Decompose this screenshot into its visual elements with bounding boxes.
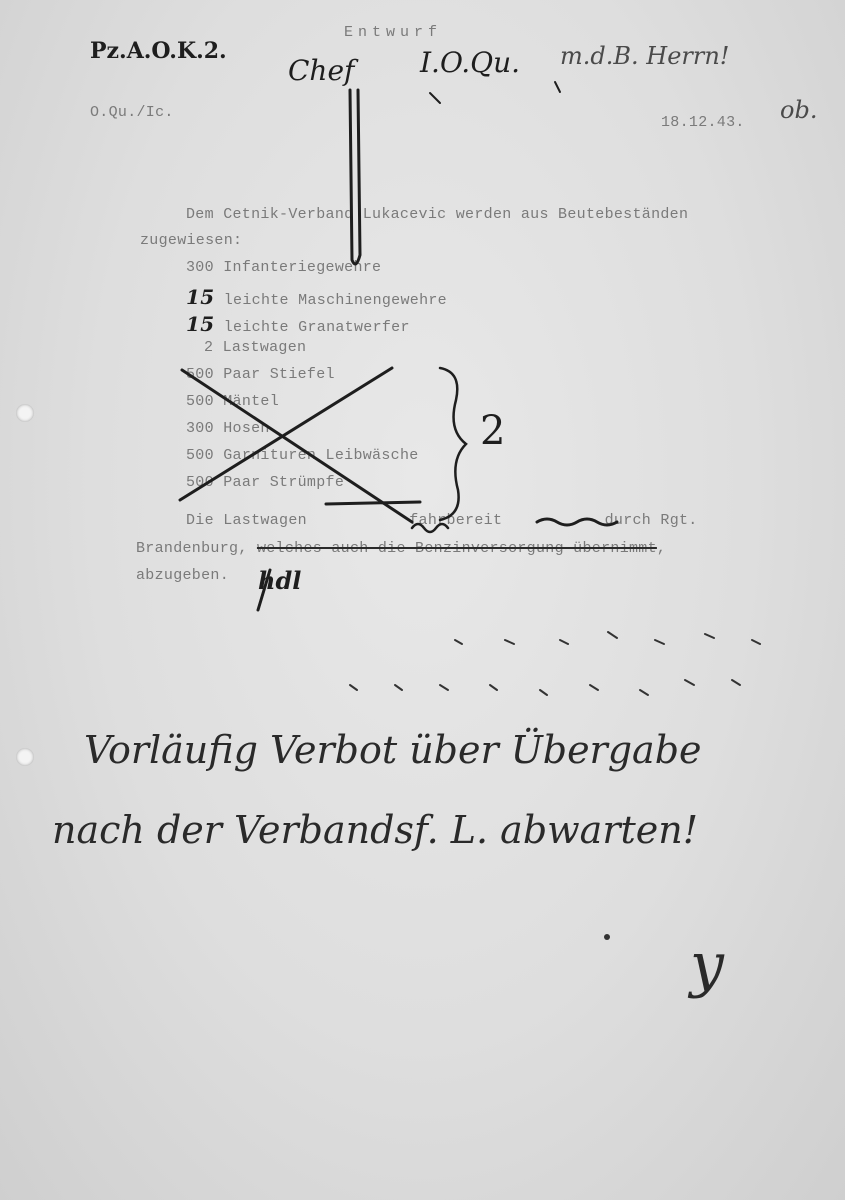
bracket-note: 2 [480, 408, 505, 454]
list-item-crossed: 500 Garnituren Leibwäsche [186, 447, 419, 464]
office-code: O.Qu./Ic. [90, 104, 174, 121]
pen-marks [0, 0, 845, 1200]
document-title: Entwurf [344, 24, 442, 41]
closing-initials: hdl [258, 566, 301, 595]
document-date: 18.12.43. [661, 114, 745, 131]
intro-line: Dem Cetnik-Verband Lukacevic werden aus … [186, 206, 688, 223]
punch-hole [16, 404, 34, 422]
closing-line-1: Die Lastwagen fahrbereit durch Rgt. [186, 512, 698, 529]
list-item-crossed: 500 Paar Strümpfe [186, 474, 344, 491]
list-item: 15 leichte Maschinengewehre [186, 285, 447, 309]
closing-line-2: Brandenburg, welches auch die Benzinvers… [136, 540, 666, 557]
list-item-crossed: 500 Paar Stiefel [186, 366, 335, 383]
intro-line-cont: zugewiesen: [140, 232, 242, 249]
punch-hole [16, 748, 34, 766]
handwritten-note-line-2: nach der Verbandsf. L. abwarten! [52, 808, 698, 852]
list-item: 2 Lastwagen [204, 339, 306, 356]
handwritten-signature: y [690, 930, 724, 1000]
annotation-chef: Chef [288, 54, 354, 87]
document-page: Entwurf Pz.A.O.K.2. O.Qu./Ic. 18.12.43. … [0, 0, 845, 1200]
list-item: 300 Infanteriegewehre [186, 259, 381, 276]
unit-stamp-handwritten: Pz.A.O.K.2. [90, 38, 227, 64]
list-item: 15 leichte Granatwerfer [186, 312, 410, 336]
annotation-ioqu: I.O.Qu. [420, 46, 520, 79]
ink-dot [604, 934, 610, 940]
annotation-initials: ob. [780, 96, 817, 124]
closing-line-3: abzugeben. [136, 567, 229, 584]
list-item-crossed: 500 Mäntel [186, 393, 279, 410]
handwritten-note-line-1: Vorläufig Verbot über Übergabe [84, 728, 702, 772]
list-item-crossed: 300 Hosen [186, 420, 270, 437]
annotation-mdb: m.d.B. Herrn! [560, 42, 729, 70]
